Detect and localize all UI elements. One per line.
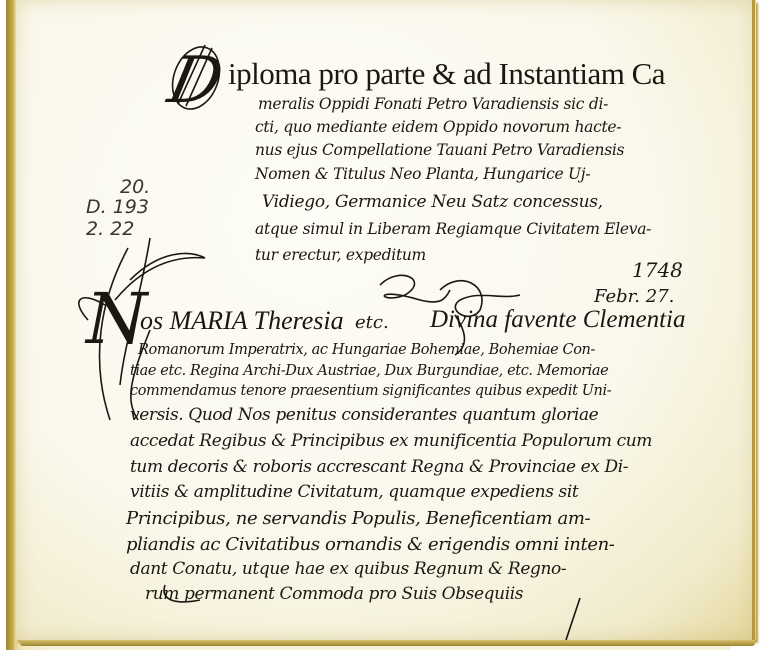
- date-month-day: Febr. 27.: [594, 286, 674, 307]
- margin-note-line: 2. 22: [86, 218, 134, 240]
- heading-line: nus ejus Compellatione Tauani Petro Vara…: [255, 141, 624, 159]
- document-title: iploma pro parte & ad Instantiam Ca: [228, 56, 665, 92]
- heading-line: Nomen & Titulus Neo Planta, Hungarice Uj…: [255, 165, 590, 183]
- body-line: versis. Quod Nos penitus considerantes q…: [130, 405, 598, 425]
- heading-line: meralis Oppidi Fonati Petro Varadiensis …: [258, 95, 608, 113]
- margin-note-line: 20.: [120, 176, 150, 198]
- body-line: Romanorum Imperatrix, ac Hungariae Bohem…: [138, 342, 595, 358]
- salutation-name: os MARIA Theresia: [140, 306, 344, 336]
- date-year: 1748: [632, 258, 683, 282]
- heading-line: Vidiego, Germanice Neu Satz concessus,: [262, 192, 603, 212]
- heading-line: tur erectur, expeditum: [255, 246, 426, 264]
- body-line: vitiis & amplitudine Civitatum, quamque …: [130, 482, 578, 502]
- body-line: Principibus, ne servandis Populis, Benef…: [126, 508, 590, 529]
- manuscript-page-stack: D iploma pro parte & ad Instantiam Ca me…: [0, 0, 770, 662]
- body-line: pliandis ac Civitatibus ornandis & erige…: [126, 534, 614, 555]
- heading-line: cti, quo mediante eidem Oppido novorum h…: [255, 118, 621, 136]
- salutation-continuation: Divina favente Clementia: [430, 306, 685, 334]
- margin-note-line: D. 193: [86, 196, 149, 218]
- body-line: accedat Regibus & Principibus ex munific…: [130, 431, 652, 451]
- body-line: dant Conatu, utque hae ex quibus Regnum …: [130, 559, 566, 579]
- heading-line: atque simul in Liberam Regiamque Civitat…: [255, 220, 651, 238]
- body-line: tum decoris & roboris accrescant Regna &…: [130, 457, 628, 477]
- body-line: rum permanent Commoda pro Suis Obsequiis: [145, 584, 523, 604]
- body-line: commendamus tenore praesentium significa…: [130, 383, 611, 399]
- body-line: tiae etc. Regina Archi-Dux Austriae, Dux…: [130, 363, 608, 379]
- salutation-abbrev: etc.: [355, 312, 389, 333]
